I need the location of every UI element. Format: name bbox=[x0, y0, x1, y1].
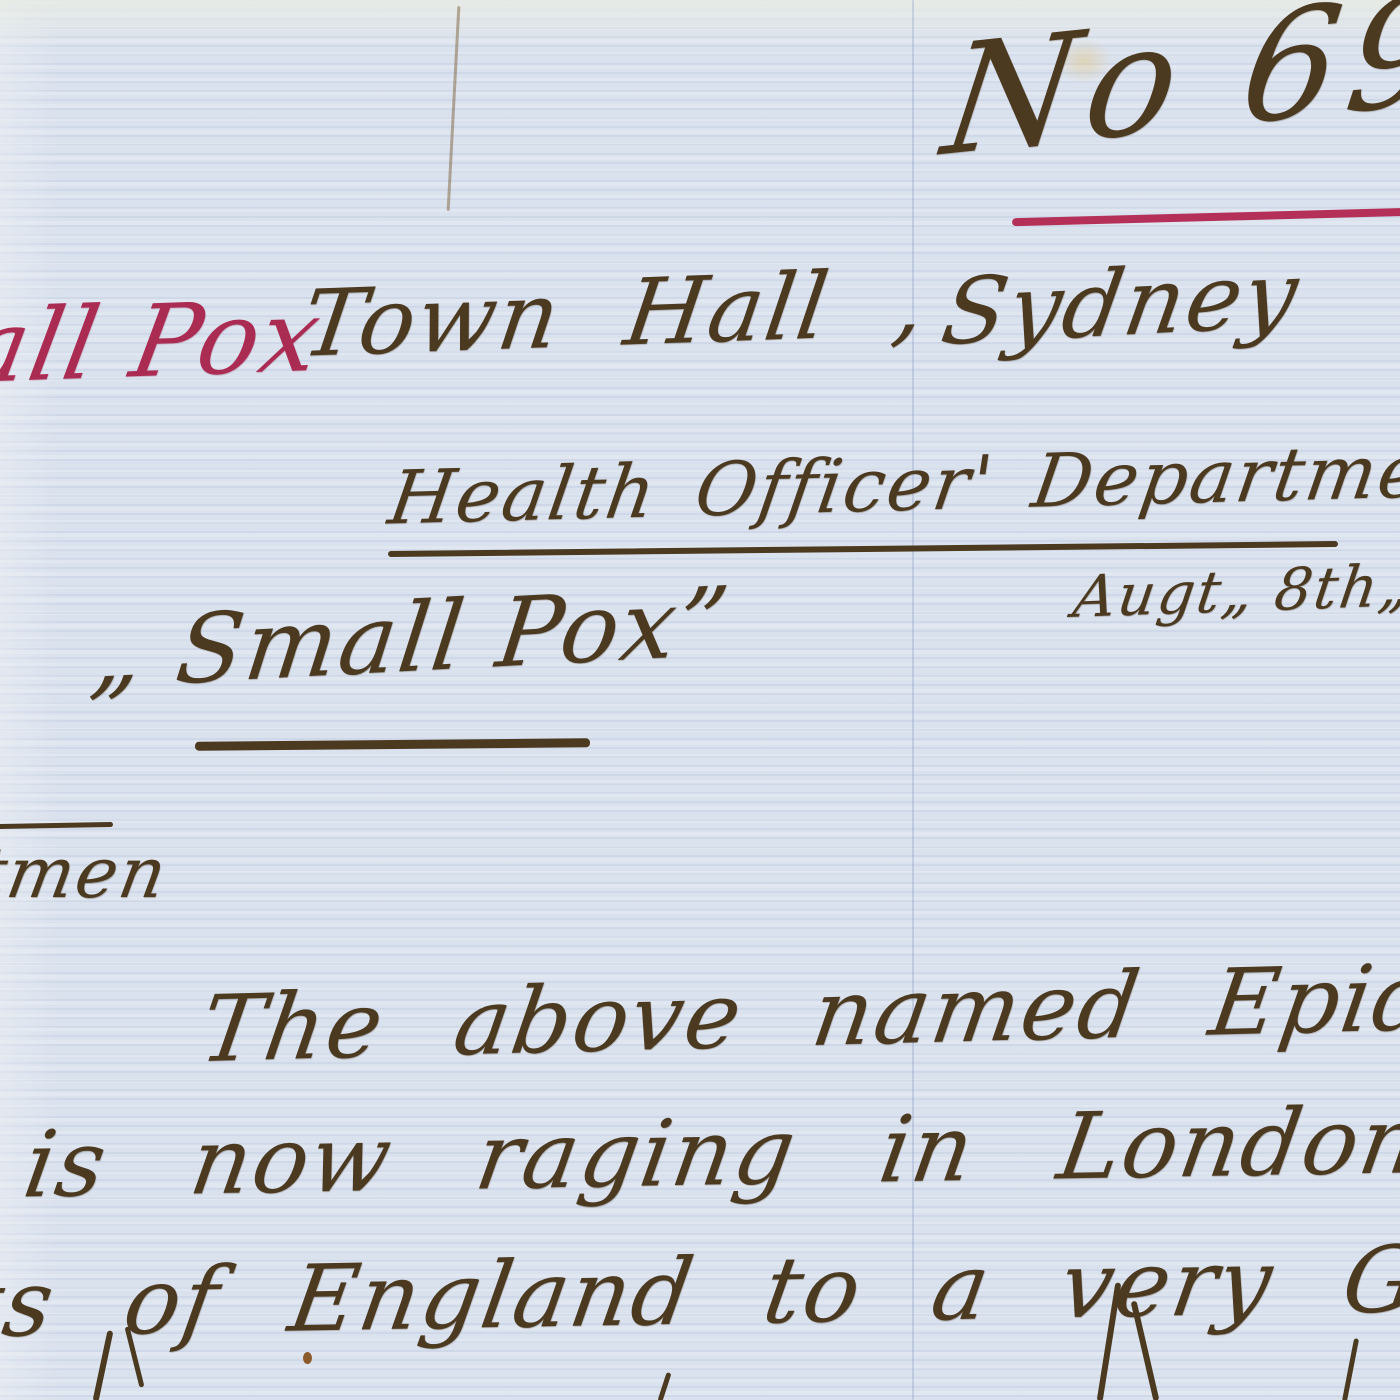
paper-scratch-crease bbox=[447, 6, 461, 211]
bottom-ink-dot bbox=[303, 1352, 312, 1364]
salutation-fragment: tmen bbox=[0, 838, 173, 908]
department-line: Health Officer' Departme bbox=[384, 435, 1400, 536]
bottom-partial-stroke bbox=[1342, 1338, 1359, 1400]
doc-number-red-underline bbox=[1012, 208, 1400, 226]
margin-note-smallpox: Small Pox bbox=[0, 286, 329, 404]
salutation-leading-stroke bbox=[0, 822, 113, 829]
body-line-1: The above named Epidemic bbox=[195, 946, 1400, 1076]
address-town-hall: Town Hall , bbox=[297, 257, 933, 371]
subject-underline bbox=[195, 738, 590, 750]
subject-line: „ Small Pox” bbox=[87, 574, 736, 703]
address-city: Sydney bbox=[936, 249, 1306, 359]
doc-number: No 691 bbox=[936, 0, 1400, 179]
body-line-2: is now raging in London and bbox=[18, 1091, 1400, 1212]
bottom-partial-stroke bbox=[657, 1372, 671, 1400]
body-line-3: ts of England to a very Great bbox=[0, 1231, 1400, 1352]
date-line: Augt„ 8th„ bbox=[1070, 556, 1400, 626]
letter-page: No 691 Small Pox Town Hall , Sydney Heal… bbox=[0, 0, 1400, 1400]
department-underline bbox=[388, 541, 1338, 557]
